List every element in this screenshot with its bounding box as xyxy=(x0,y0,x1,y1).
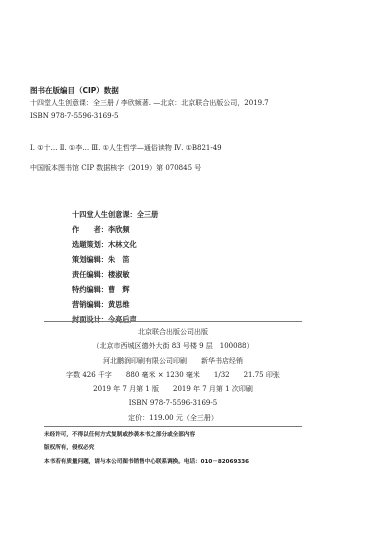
publication-info: 北京联合出版公司出版 （北京市西城区德外大街 83 号楼 9 层 100088）… xyxy=(44,325,302,425)
responsible-editor-label: 责任编辑： xyxy=(72,270,108,279)
cip-classification: Ⅰ. ①十… Ⅱ. ①李… Ⅲ. ①人生哲学—通俗读物 Ⅳ. ①B821-49 xyxy=(30,143,222,153)
cip-entry: 十四堂人生创意课：全三册 / 李欣频著. —北京：北京联合出版公司，2019.7 xyxy=(30,98,269,108)
responsible-editor-value: 楼淑敏 xyxy=(108,270,130,279)
cover-design-label: 封面设计： xyxy=(72,315,108,324)
planning-editor-label: 策划编辑： xyxy=(72,255,108,264)
notice-no-copy: 未经许可，不得以任何方式复制或抄袭本书之部分或全部内容 xyxy=(44,430,195,438)
publisher-line: 北京联合出版公司出版 xyxy=(44,325,302,339)
notice-rights-reserved: 版权所有，侵权必究 xyxy=(44,443,94,451)
planning-value: 木林文化 xyxy=(108,240,137,249)
notice-quality-contact: 本书若有质量问题，请与本公司图书销售中心联系调换。电话：010－82069336 xyxy=(44,457,249,465)
price-line: 定价：119.00 元（全三册） xyxy=(44,411,302,425)
marketing-editor-row: 营销编辑：黄思维 xyxy=(72,297,158,312)
author-value: 李欣频 xyxy=(108,225,130,234)
printer-line: 河北鹏润印刷有限公司印刷 新华书店经销 xyxy=(44,354,302,368)
author-label: 作 者： xyxy=(72,225,108,234)
planning-row: 选题策划：木林文化 xyxy=(72,237,158,252)
specs-line: 字数 426 千字 880 毫米 × 1230 毫米 1/32 21.75 印张 xyxy=(44,368,302,382)
author-row: 作 者：李欣频 xyxy=(72,222,158,237)
planning-editor-value: 朱 笛 xyxy=(108,255,130,264)
planning-editor-row: 策划编辑：朱 笛 xyxy=(72,252,158,267)
planning-label: 选题策划： xyxy=(72,240,108,249)
cip-heading: 图书在版编目（CIP）数据 xyxy=(30,85,119,96)
marketing-editor-value: 黄思维 xyxy=(108,300,130,309)
book-title-row: 十四堂人生创意课：全三册 xyxy=(72,207,158,222)
divider-top xyxy=(44,321,302,322)
responsible-editor-row: 责任编辑：楼淑敏 xyxy=(72,267,158,282)
cip-isbn: ISBN 978-7-5596-3169-5 xyxy=(30,112,118,120)
edition-line: 2019 年 7 月第 1 版 2019 年 7 月第 1 次印刷 xyxy=(44,382,302,396)
special-editor-value: 曹 辉 xyxy=(108,285,130,294)
book-info: 十四堂人生创意课：全三册 作 者：李欣频 选题策划：木林文化 策划编辑：朱 笛 … xyxy=(72,207,158,327)
divider-bottom xyxy=(44,426,302,427)
book-title: 十四堂人生创意课：全三册 xyxy=(72,210,158,219)
isbn-line: ISBN 978-7-5596-3169-5 xyxy=(44,396,302,410)
cip-number: 中国版本图书馆 CIP 数据核字（2019）第 070845 号 xyxy=(30,163,201,173)
address-line: （北京市西城区德外大街 83 号楼 9 层 100088） xyxy=(44,339,302,353)
marketing-editor-label: 营销编辑： xyxy=(72,300,108,309)
special-editor-label: 特约编辑： xyxy=(72,285,108,294)
cover-design-value: 今亮后声 xyxy=(108,315,137,324)
special-editor-row: 特约编辑：曹 辉 xyxy=(72,282,158,297)
